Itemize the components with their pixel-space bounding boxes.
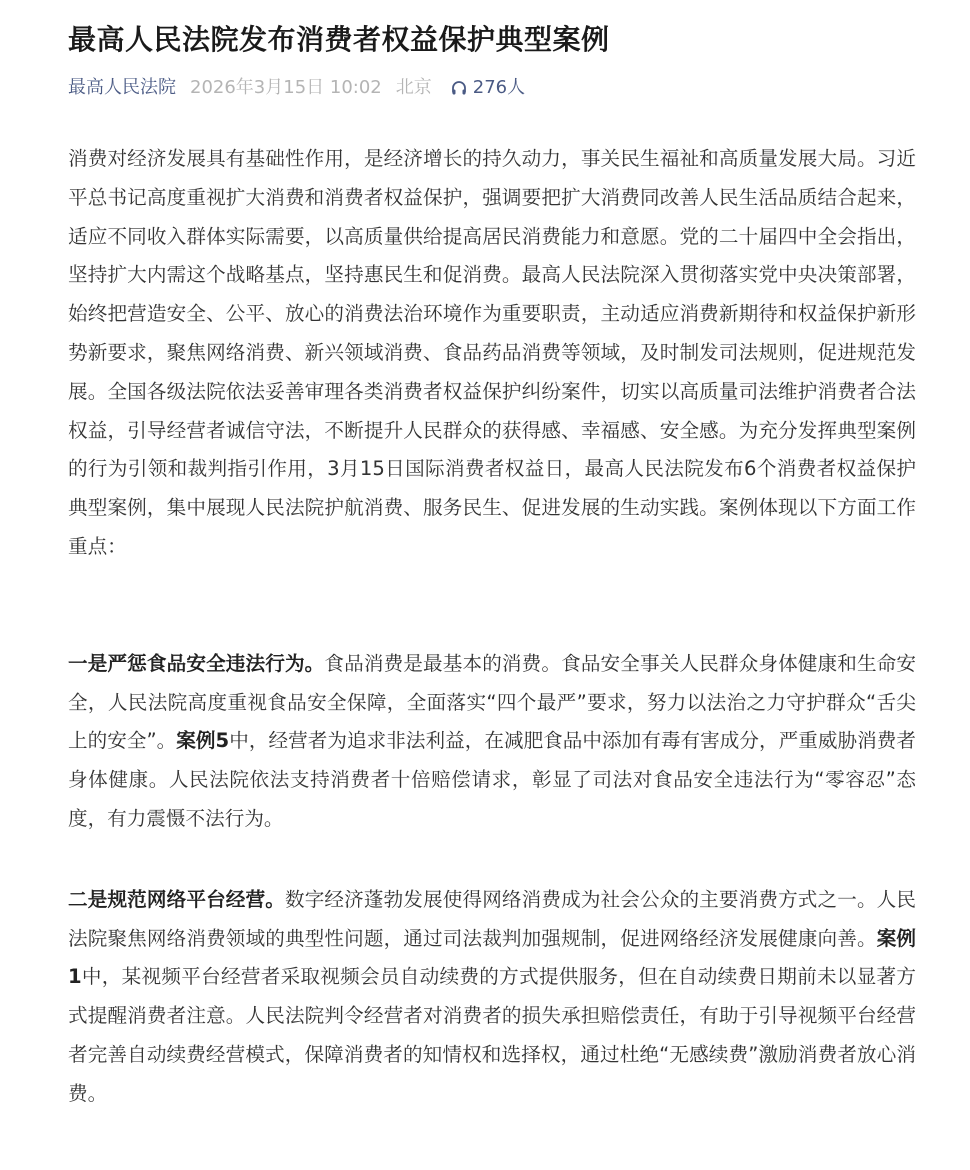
paragraph-lead: 二是规范网络平台经营。 bbox=[68, 888, 285, 911]
article-meta: 最高人民法院 2026年3月15日 10:02 北京 276人 bbox=[68, 74, 916, 102]
paragraph-food-safety: 一是严惩食品安全违法行为。食品消费是最基本的消费。食品安全事关人民群众身体健康和… bbox=[68, 645, 916, 839]
listen-count-button[interactable]: 276人 bbox=[450, 74, 525, 102]
paragraph-online-platform: 二是规范网络平台经营。数字经济蓬勃发展使得网络消费成为社会公众的主要消费方式之一… bbox=[68, 881, 916, 1114]
article-body: 消费对经济发展具有基础性作用，是经济增长的持久动力，事关民生福祉和高质量发展大局… bbox=[68, 140, 916, 1114]
paragraph-lead: 一是严惩食品安全违法行为。 bbox=[68, 652, 324, 675]
publish-date: 2026年3月15日 10:02 bbox=[190, 74, 382, 102]
article-title: 最高人民法院发布消费者权益保护典型案例 bbox=[68, 0, 916, 60]
source-link[interactable]: 最高人民法院 bbox=[68, 74, 176, 102]
publish-location: 北京 bbox=[396, 74, 432, 102]
paragraph-intro: 消费对经济发展具有基础性作用，是经济增长的持久动力，事关民生福祉和高质量发展大局… bbox=[68, 140, 916, 567]
headphones-icon bbox=[450, 79, 468, 97]
listen-count: 276人 bbox=[473, 74, 525, 102]
paragraph-text: 中，某视频平台经营者采取视频会员自动续费的方式提供服务，但在自动续费日期前未以显… bbox=[68, 965, 916, 1104]
article: 最高人民法院发布消费者权益保护典型案例 最高人民法院 2026年3月15日 10… bbox=[0, 0, 970, 1114]
case-label: 案例5 bbox=[176, 729, 229, 752]
paragraph-text: 消费对经济发展具有基础性作用，是经济增长的持久动力，事关民生福祉和高质量发展大局… bbox=[68, 147, 916, 558]
